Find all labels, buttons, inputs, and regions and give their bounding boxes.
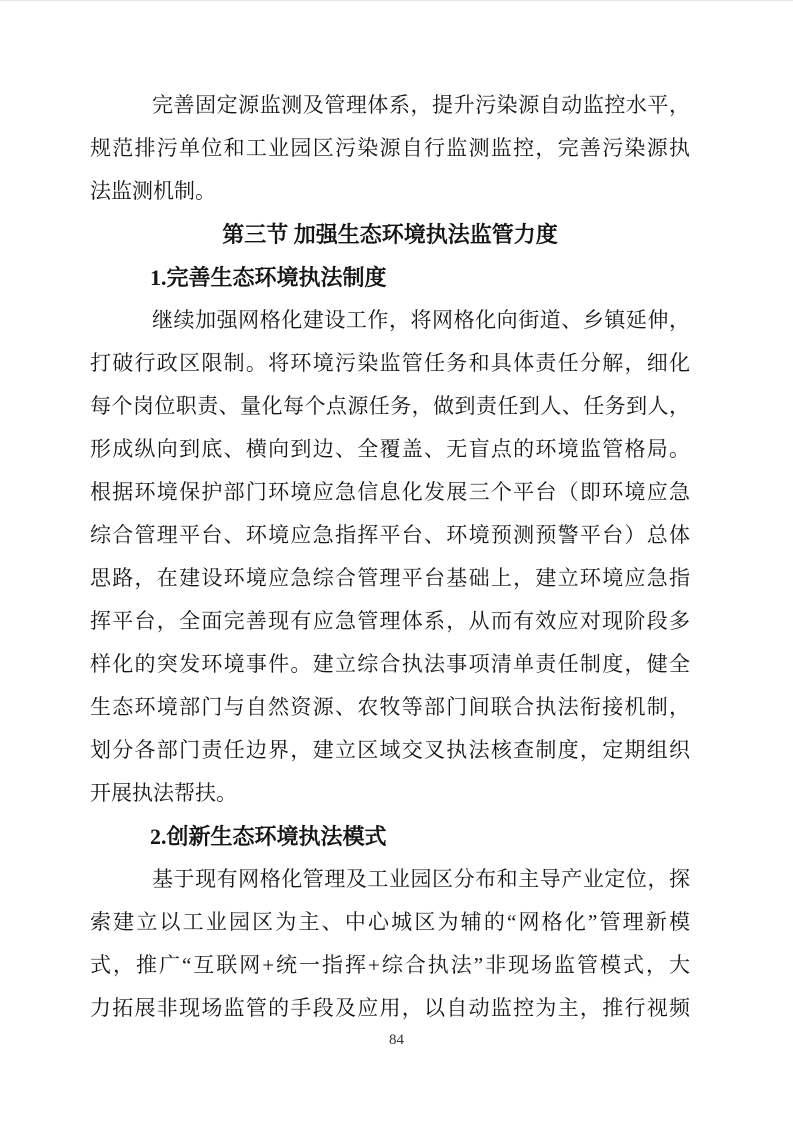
text-line: 挥平台，全面完善现有应急管理体系，从而有效应对现阶段多	[90, 600, 690, 643]
text-line: 每个岗位职责、量化每个点源任务，做到责任到人、任务到人，	[90, 385, 690, 428]
text-line: 综合管理平台、环境应急指挥平台、环境预测预警平台）总体	[90, 514, 690, 557]
text-line: 规范排污单位和工业园区污染源自行监测监控，完善污染源执	[90, 127, 690, 170]
section-heading: 第三节 加强生态环境执法监管力度	[90, 213, 690, 256]
text-line: 思路，在建设环境应急综合管理平台基础上，建立环境应急指	[90, 557, 690, 600]
text-line: 完善固定源监测及管理体系，提升污染源自动监控水平，	[90, 84, 690, 127]
paragraph-enforcement-system: 继续加强网格化建设工作，将网格化向街道、乡镇延伸， 打破行政区限制。将环境污染监…	[90, 299, 690, 815]
text-line: 基于现有网格化管理及工业园区分布和主导产业定位，探	[90, 858, 690, 901]
text-line: 索建立以工业园区为主、中心城区为辅的“网格化”管理新模	[90, 901, 690, 944]
text-line: 划分各部门责任边界，建立区域交叉执法核查制度，定期组织	[90, 729, 690, 772]
text-line: 样化的突发环境事件。建立综合执法事项清单责任制度，健全	[90, 643, 690, 686]
text-line: 继续加强网格化建设工作，将网格化向街道、乡镇延伸，	[90, 299, 690, 342]
text-line: 生态环境部门与自然资源、农牧等部门间联合执法衔接机制，	[90, 686, 690, 729]
text-line: 根据环境保护部门环境应急信息化发展三个平台（即环境应急	[90, 471, 690, 514]
text-line: 式，推广“互联网+统一指挥+综合执法”非现场监管模式，大	[90, 944, 690, 987]
document-page: 完善固定源监测及管理体系，提升污染源自动监控水平， 规范排污单位和工业园区污染源…	[0, 0, 793, 1122]
text-line: 开展执法帮扶。	[90, 772, 690, 815]
subsection-heading-1: 1.完善生态环境执法制度	[90, 256, 690, 299]
text-column: 完善固定源监测及管理体系，提升污染源自动监控水平， 规范排污单位和工业园区污染源…	[90, 84, 690, 1030]
page-number: 84	[0, 1029, 793, 1051]
text-line: 形成纵向到底、横向到边、全覆盖、无盲点的环境监管格局。	[90, 428, 690, 471]
text-line: 法监测机制。	[90, 170, 690, 213]
paragraph-pollution-source-monitoring: 完善固定源监测及管理体系，提升污染源自动监控水平， 规范排污单位和工业园区污染源…	[90, 84, 690, 213]
subsection-heading-2: 2.创新生态环境执法模式	[90, 815, 690, 858]
text-line: 打破行政区限制。将环境污染监管任务和具体责任分解，细化	[90, 342, 690, 385]
paragraph-enforcement-mode: 基于现有网格化管理及工业园区分布和主导产业定位，探 索建立以工业园区为主、中心城…	[90, 858, 690, 1030]
text-line: 力拓展非现场监管的手段及应用，以自动监控为主，推行视频	[90, 987, 690, 1030]
